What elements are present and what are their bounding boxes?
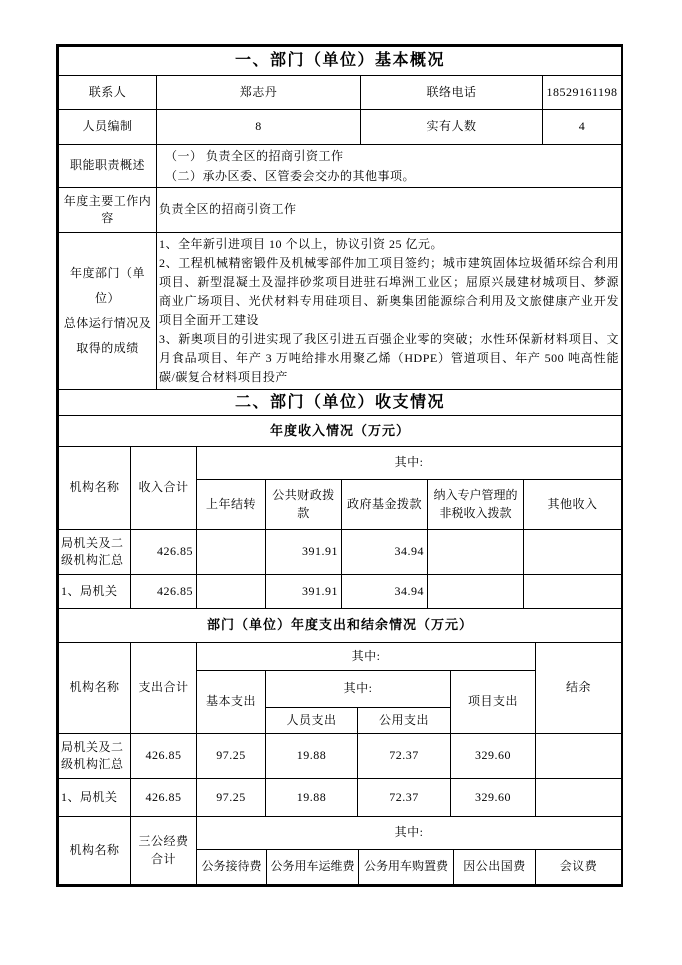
income-among-header: 其中: [197,447,622,480]
description-table: 职能职责概述 （一） 负责全区的招商引资工作 （二）承办区委、区管委会交办的其他… [58,144,622,390]
staffing-row: 人员编制 8 实有人数 4 [59,110,622,145]
expenditure-row-public-use: 72.37 [358,779,451,817]
expenditure-public-use-header: 公用支出 [358,708,451,734]
income-non-tax-header: 纳入专户管理的非税收入拨款 [428,480,524,530]
annual-work-label: 年度主要工作内容 [59,188,157,233]
annual-work-row: 年度主要工作内容 负责全区的招商引资工作 [59,188,622,233]
three-public-total-header: 三公经费合计 [131,817,197,885]
section1-title-row: 一、部门（单位）基本概况 [58,46,622,76]
phone-label: 联络电话 [361,76,543,110]
income-total-header: 收入合计 [131,447,197,530]
duties-label: 职能职责概述 [59,145,157,188]
three-public-table: 机构名称 三公经费合计 其中: 公务接待费 公务用车运维费 公务用车购置费 因公… [58,816,622,885]
three-public-among-header: 其中: [197,817,622,850]
income-carryover-header: 上年结转 [197,480,266,530]
income-header-row-1: 机构名称 收入合计 其中: [59,447,622,480]
contact-row: 联系人 郑志丹 联络电话 18529161198 [59,76,622,110]
performance-item-3: 3、新奥项目的引进实现了我区引进五百强企业零的突破；水性环保新材料项目、文月食品… [159,330,619,387]
performance-item-1: 1、全年新引进项目 10 个以上，协议引资 25 亿元。 [159,235,619,254]
income-public-finance-header: 公共财政拨款 [266,480,342,530]
expenditure-row-basic: 97.25 [197,779,266,817]
income-row-org: 1、局机关 [59,575,131,609]
section1-title: 一、部门（单位）基本概况 [59,47,622,76]
expenditure-balance-header: 结余 [536,643,622,734]
expenditure-header-row-1: 机构名称 支出合计 其中: 结余 [59,643,622,671]
expenditure-total-header: 支出合计 [131,643,197,734]
income-subtitle: 年度收入情况（万元） [59,416,622,447]
expenditure-subtitle-row: 部门（单位）年度支出和结余情况（万元） [58,608,622,643]
actual-staff-label: 实有人数 [361,110,543,145]
three-public-org-header: 机构名称 [59,817,131,885]
contact-label: 联系人 [59,76,157,110]
expenditure-row-personnel: 19.88 [266,734,358,779]
expenditure-basic-header: 基本支出 [197,671,266,734]
department-overview-form: 一、部门（单位）基本概况 联系人 郑志丹 联络电话 18529161198 人员… [56,44,623,887]
income-row-carryover [197,575,266,609]
expenditure-row-org: 局机关及二级机构汇总 [59,734,131,779]
income-org-header: 机构名称 [59,447,131,530]
expenditure-table: 机构名称 支出合计 其中: 结余 基本支出 其中: 项目支出 人员支出 公用支出… [58,642,622,817]
expenditure-among2-header: 其中: [266,671,451,708]
expenditure-project-header: 项目支出 [451,671,536,734]
income-row-gov-fund: 34.94 [342,530,428,575]
duties-item-2: （二）承办区委、区管委会交办的其他事项。 [159,166,619,186]
phone-number: 18529161198 [543,76,622,110]
performance-item-2: 2、工程机械精密锻件及机械零部件加工项目签约；城市建筑固体垃圾循环综合利用项目、… [159,254,619,330]
reception-fee-header: 公务接待费 [197,850,267,885]
duties-content: （一） 负责全区的招商引资工作 （二）承办区委、区管委会交办的其他事项。 [157,145,622,188]
income-table: 机构名称 收入合计 其中: 上年结转 公共财政拨款 政府基金拨款 纳入专户管理的… [58,446,622,609]
duties-row: 职能职责概述 （一） 负责全区的招商引资工作 （二）承办区委、区管委会交办的其他… [59,145,622,188]
income-other-header: 其他收入 [524,480,622,530]
expenditure-subtitle: 部门（单位）年度支出和结余情况（万元） [59,609,622,643]
staff-quota-value: 8 [157,110,361,145]
income-row-carryover [197,530,266,575]
expenditure-row-project: 329.60 [451,734,536,779]
income-data-row: 1、局机关 426.85 391.91 34.94 [59,575,622,609]
expenditure-row-basic: 97.25 [197,734,266,779]
expenditure-row-org: 1、局机关 [59,779,131,817]
basic-info-table: 联系人 郑志丹 联络电话 18529161198 人员编制 8 实有人数 4 [58,75,622,145]
contact-name: 郑志丹 [157,76,361,110]
income-row-non-tax [428,575,524,609]
section2-title-row: 二、部门（单位）收支情况 [58,389,622,416]
expenditure-row-balance [536,779,622,817]
performance-content: 1、全年新引进项目 10 个以上，协议引资 25 亿元。 2、工程机械精密锻件及… [157,233,622,390]
income-row-org: 局机关及二级机构汇总 [59,530,131,575]
income-subtitle-row: 年度收入情况（万元） [58,415,622,447]
expenditure-row-total: 426.85 [131,734,197,779]
vehicle-purchase-fee-header: 公务用车购置费 [359,850,454,885]
abroad-fee-header: 因公出国费 [454,850,536,885]
income-row-other [524,575,622,609]
income-row-public-finance: 391.91 [266,575,342,609]
performance-row: 年度部门（单位） 总体运行情况及 取得的成绩 1、全年新引进项目 10 个以上，… [59,233,622,390]
income-row-public-finance: 391.91 [266,530,342,575]
annual-work-content: 负责全区的招商引资工作 [157,188,622,233]
expenditure-row-public-use: 72.37 [358,734,451,779]
expenditure-row-project: 329.60 [451,779,536,817]
income-row-non-tax [428,530,524,575]
income-gov-fund-header: 政府基金拨款 [342,480,428,530]
expenditure-data-row: 1、局机关 426.85 97.25 19.88 72.37 329.60 [59,779,622,817]
income-data-row: 局机关及二级机构汇总 426.85 391.91 34.94 [59,530,622,575]
expenditure-row-balance [536,734,622,779]
expenditure-org-header: 机构名称 [59,643,131,734]
section2-title: 二、部门（单位）收支情况 [59,390,622,416]
expenditure-row-total: 426.85 [131,779,197,817]
expenditure-among-header: 其中: [197,643,536,671]
income-row-other [524,530,622,575]
expenditure-personnel-header: 人员支出 [266,708,358,734]
staff-quota-label: 人员编制 [59,110,157,145]
vehicle-maintenance-fee-header: 公务用车运维费 [267,850,359,885]
duties-item-1: （一） 负责全区的招商引资工作 [159,146,619,166]
income-row-total: 426.85 [131,575,197,609]
income-row-total: 426.85 [131,530,197,575]
meeting-fee-header: 会议费 [536,850,622,885]
income-row-gov-fund: 34.94 [342,575,428,609]
three-public-header-row-1: 机构名称 三公经费合计 其中: [59,817,622,850]
expenditure-data-row: 局机关及二级机构汇总 426.85 97.25 19.88 72.37 329.… [59,734,622,779]
performance-label: 年度部门（单位） 总体运行情况及 取得的成绩 [59,233,157,390]
expenditure-row-personnel: 19.88 [266,779,358,817]
actual-staff-value: 4 [543,110,622,145]
